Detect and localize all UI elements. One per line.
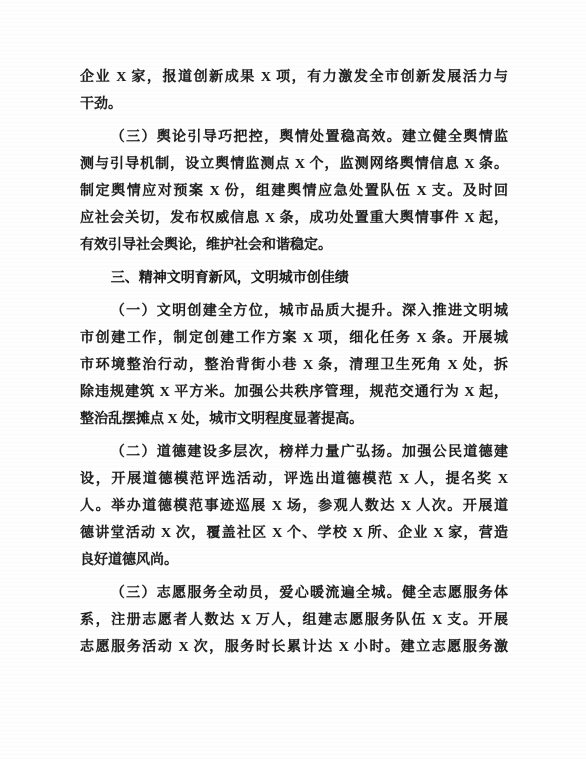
paragraph-volunteer-service: （三）志愿服务全动员，爱心暖流遍全城。健全志愿服务体系，注册志愿者人数达 X 万… [80, 580, 508, 661]
text-line: 企业 X 家，报道创新成果 X 项，有力激发全市创新发展活力与 [80, 64, 508, 91]
text-line: 市环境整治行动，整治背街小巷 X 条，清理卫生死角 X 处，拆 [80, 352, 508, 379]
paragraph-public-opinion-guidance: （三）舆论引导巧把控，舆情处置稳高效。建立健全舆情监测与引导机制，设立舆情监测点… [80, 124, 508, 259]
document-page: 企业 X 家，报道创新成果 X 项，有力激发全市创新发展活力与干劲。（三）舆论引… [0, 0, 586, 759]
text-line: 德讲堂活动 X 次，覆盖社区 X 个、学校 X 所、企业 X 家，营造 [80, 520, 508, 547]
text-line: 三、精神文明育新风，文明城市创佳绩 [80, 265, 508, 292]
text-line: 良好道德风尚。 [80, 547, 508, 574]
text-line: （一）文明创建全方位，城市品质大提升。深入推进文明城 [80, 298, 508, 325]
text-line: 系，注册志愿者人数达 X 万人，组建志愿服务队伍 X 支。开展 [80, 607, 508, 634]
paragraph-innovation-continuation: 企业 X 家，报道创新成果 X 项，有力激发全市创新发展活力与干劲。 [80, 64, 508, 118]
text-line: （三）志愿服务全动员，爱心暖流遍全城。健全志愿服务体 [80, 580, 508, 607]
text-line: 有效引导社会舆论，维护社会和谐稳定。 [80, 232, 508, 259]
text-line: （二）道德建设多层次，榜样力量广弘扬。加强公民道德建 [80, 439, 508, 466]
text-line: 除违规建筑 X 平方米。加强公共秩序管理，规范交通行为 X 起， [80, 379, 508, 406]
text-line: 设，开展道德模范评选活动，评选出道德模范 X 人，提名奖 X [80, 466, 508, 493]
text-line: （三）舆论引导巧把控，舆情处置稳高效。建立健全舆情监 [80, 124, 508, 151]
text-line: 应社会关切，发布权威信息 X 条，成功处置重大舆情事件 X 起， [80, 205, 508, 232]
text-line: 人。举办道德模范事迹巡展 X 场，参观人数达 X 人次。开展道 [80, 493, 508, 520]
section-heading-spiritual-civilization: 三、精神文明育新风，文明城市创佳绩 [80, 265, 508, 292]
text-line: 干劲。 [80, 91, 508, 118]
text-line: 整治乱摆摊点 X 处，城市文明程度显著提高。 [80, 406, 508, 433]
paragraph-moral-construction: （二）道德建设多层次，榜样力量广弘扬。加强公民道德建设，开展道德模范评选活动，评… [80, 439, 508, 574]
text-line: 志愿服务活动 X 次，服务时长累计达 X 小时。建立志愿服务激 [80, 634, 508, 661]
text-line: 市创建工作，制定创建工作方案 X 项，细化任务 X 条。开展城 [80, 325, 508, 352]
text-line: 制定舆情应对预案 X 份，组建舆情应急处置队伍 X 支。及时回 [80, 178, 508, 205]
document-body: 企业 X 家，报道创新成果 X 项，有力激发全市创新发展活力与干劲。（三）舆论引… [80, 64, 508, 661]
text-line: 测与引导机制，设立舆情监测点 X 个，监测网络舆情信息 X 条。 [80, 151, 508, 178]
paragraph-civilized-city-creation: （一）文明创建全方位，城市品质大提升。深入推进文明城市创建工作，制定创建工作方案… [80, 298, 508, 433]
